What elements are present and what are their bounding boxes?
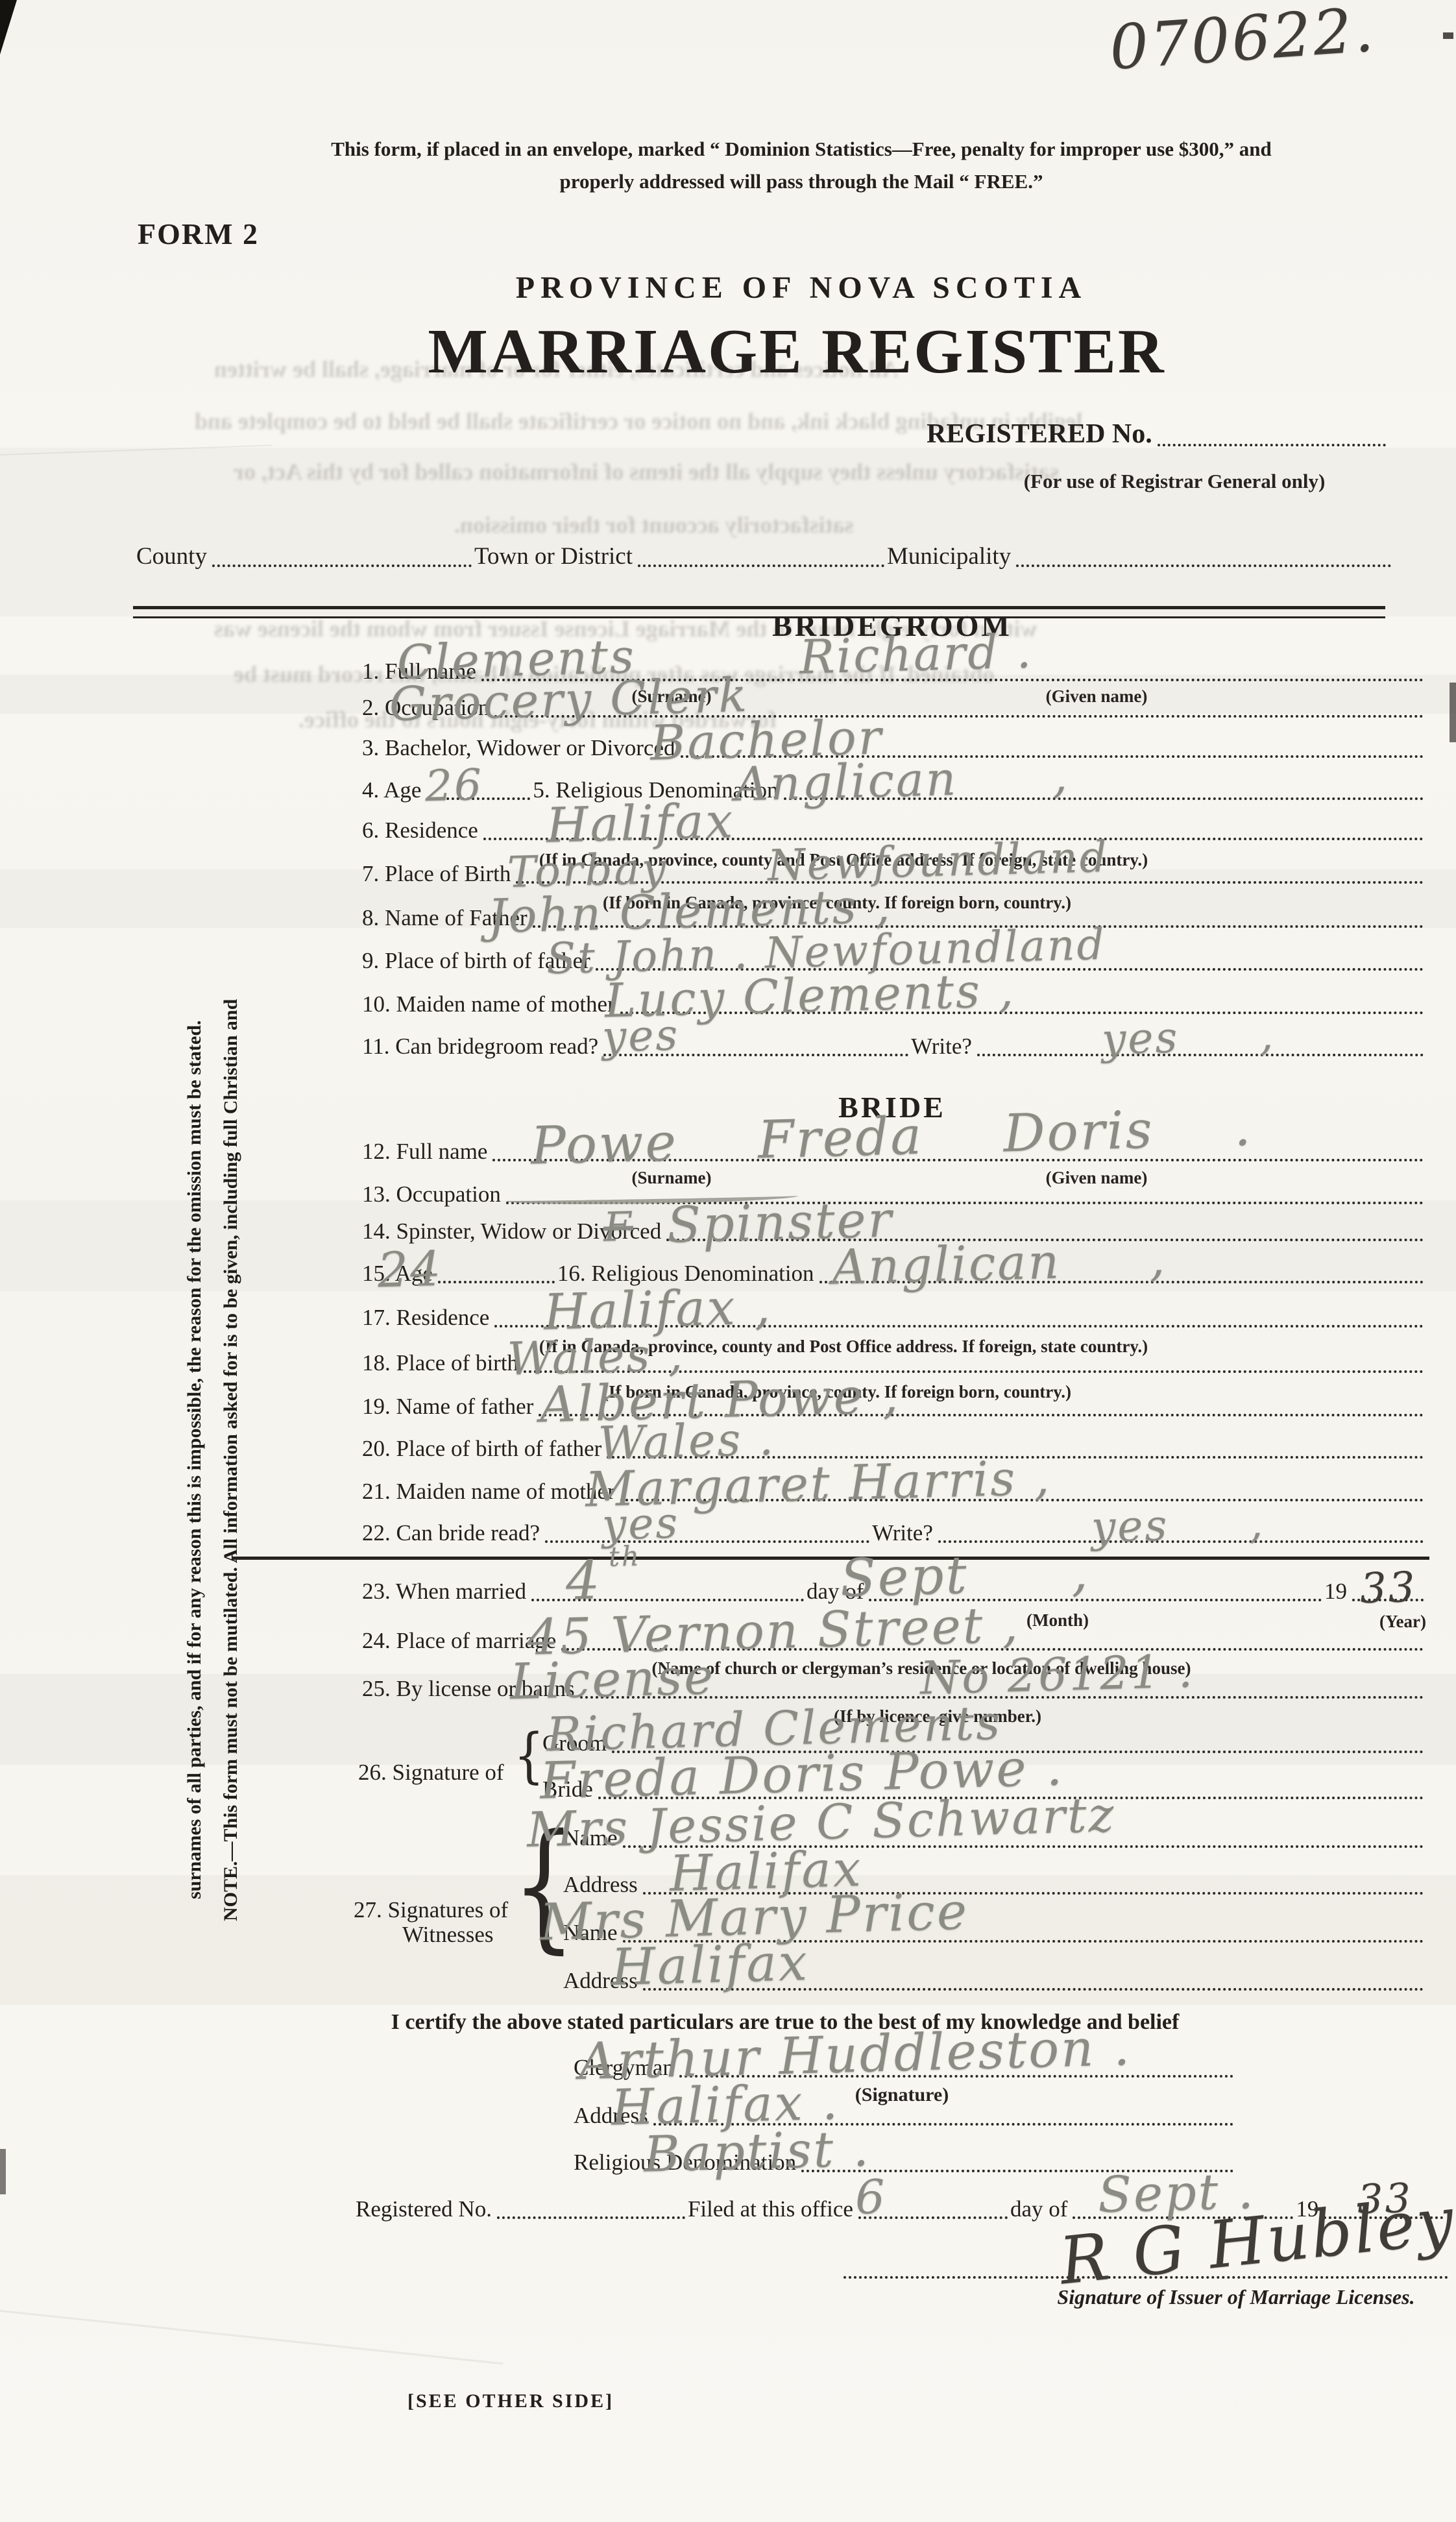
scan-edge-mark — [1443, 32, 1453, 39]
groom-given-name-handwriting: Richard . — [799, 627, 1034, 680]
form-number: FORM 2 — [138, 217, 259, 251]
day-of-label: day of — [1010, 2198, 1073, 2222]
denomination-handwriting: Baptist . — [643, 2124, 871, 2179]
bride-religion-handwriting: Anglican , — [831, 1235, 1167, 1291]
registered-no-label: Registered No. — [356, 2198, 497, 2222]
mail-free-notice-line2: properly addressed will pass through the… — [560, 170, 1043, 193]
registered-no-blank — [497, 2190, 685, 2219]
witnesses-label-line2: Witnesses — [402, 1922, 494, 1948]
side-note-line1: NOTE.—This form must not be mutilated. A… — [213, 903, 249, 2017]
bleedthrough-text: satisfactorily account for their omissio… — [454, 511, 854, 539]
license-number-handwriting: No 26121 . — [919, 1648, 1195, 1701]
paper-crease — [0, 2310, 504, 2365]
registered-no-blank — [1158, 418, 1386, 446]
marriage-register-document: All notices and certificates, either for… — [0, 0, 1456, 2522]
witnesses-label-line1: 27. Signatures of — [354, 1897, 508, 1923]
occupation-label: 13. Occupation — [362, 1183, 506, 1207]
county-row: County Town or District Municipality — [136, 539, 1394, 570]
mail-free-notice-line1: This form, if placed in an envelope, mar… — [331, 138, 1272, 161]
paper-crease — [0, 444, 273, 455]
county-blank — [212, 539, 472, 567]
mother-label: 10. Maiden name of mother — [362, 993, 620, 1017]
can-read-label: 11. Can bridegroom read? — [362, 1035, 603, 1059]
bleedthrough-text: satisfactory unless they supply all the … — [234, 458, 1059, 485]
status-label: 3. Bachelor, Widower or Divorced — [362, 736, 681, 760]
province-title: PROVINCE OF NOVA SCOTIA — [516, 270, 1087, 306]
witness2-address-handwriting: Halifax — [611, 1937, 810, 1993]
marriage-month-handwriting: Sept , — [840, 1546, 1090, 1605]
father-birthplace-label: 20. Place of birth of father — [362, 1437, 607, 1461]
year-printed: 19 — [1324, 1580, 1352, 1604]
bride-write-handwriting: yes , — [1091, 1502, 1265, 1549]
registered-no-row: REGISTERED No. — [927, 418, 1389, 449]
age-label: 4. Age — [362, 779, 426, 803]
county-label: County — [136, 544, 212, 570]
municipality-blank — [1016, 539, 1391, 567]
town-district-label: Town or District — [474, 544, 638, 570]
groom-age-handwriting: 26 — [424, 764, 484, 808]
scan-edge-mark — [0, 0, 17, 55]
father-label: 19. Name of father — [362, 1395, 539, 1419]
side-note-line2: surnames of all parties, and if for any … — [176, 903, 213, 2017]
mother-label: 21. Maiden name of mother — [362, 1480, 620, 1504]
serial-number-handwriting: 070622. — [1108, 0, 1377, 79]
side-note: NOTE.—This form must not be mutilated. A… — [174, 903, 249, 2017]
scan-edge-mark — [0, 2149, 6, 2194]
residence-label: 6. Residence — [362, 819, 483, 843]
marriage-year-handwriting: 33 — [1359, 1567, 1417, 1610]
filed-label: Filed at this office — [688, 2198, 858, 2222]
groom-read-handwriting: yes — [601, 1013, 680, 1058]
registered-no-label: REGISTERED No. — [927, 420, 1158, 449]
field-bride-residence: 17. Residence — [362, 1299, 1426, 1330]
marriage-day-handwriting: 4 — [565, 1554, 602, 1608]
birthplace-label: 7. Place of Birth — [362, 862, 516, 886]
scan-edge-mark — [1450, 683, 1456, 742]
write-label: Write? — [911, 1035, 977, 1059]
can-read-blank — [545, 1514, 869, 1543]
write-label: Write? — [872, 1522, 938, 1546]
bride-status-crossed-handwriting: F — [603, 1206, 634, 1247]
groom-write-handwriting: yes , — [1101, 1014, 1276, 1061]
divider-rule — [133, 606, 1385, 609]
town-district-blank — [638, 539, 884, 567]
can-read-label: 22. Can bride read? — [362, 1522, 545, 1546]
when-married-label: 23. When married — [362, 1580, 531, 1604]
see-other-side-label: [SEE OTHER SIDE] — [407, 2390, 614, 2412]
license-word-handwriting: License — [509, 1652, 716, 1706]
groom-religion-handwriting: Anglican , — [734, 752, 1070, 807]
bride-age-handwriting: 24 — [377, 1245, 443, 1295]
residence-label: 17. Residence — [362, 1306, 494, 1330]
registrar-general-note: (For use of Registrar General only) — [1024, 470, 1326, 493]
signature-of-label: 26. Signature of — [358, 1760, 504, 1786]
full-name-label: 12. Full name — [362, 1140, 492, 1164]
filed-day-handwriting: 6 — [855, 2173, 888, 2220]
field-bride-literacy: 22. Can bride read? Write? — [362, 1514, 1426, 1546]
municipality-label: Municipality — [887, 544, 1016, 570]
bride-read-handwriting: yes — [601, 1501, 680, 1546]
divider-rule — [133, 616, 1385, 618]
marriage-day-ordinal-handwriting: th — [608, 1542, 641, 1570]
birthplace-label: 18. Place of birth — [362, 1352, 524, 1376]
age-blank — [438, 1255, 555, 1283]
page-title: MARRIAGE REGISTER — [428, 315, 1165, 388]
divider-rule — [232, 1557, 1429, 1560]
